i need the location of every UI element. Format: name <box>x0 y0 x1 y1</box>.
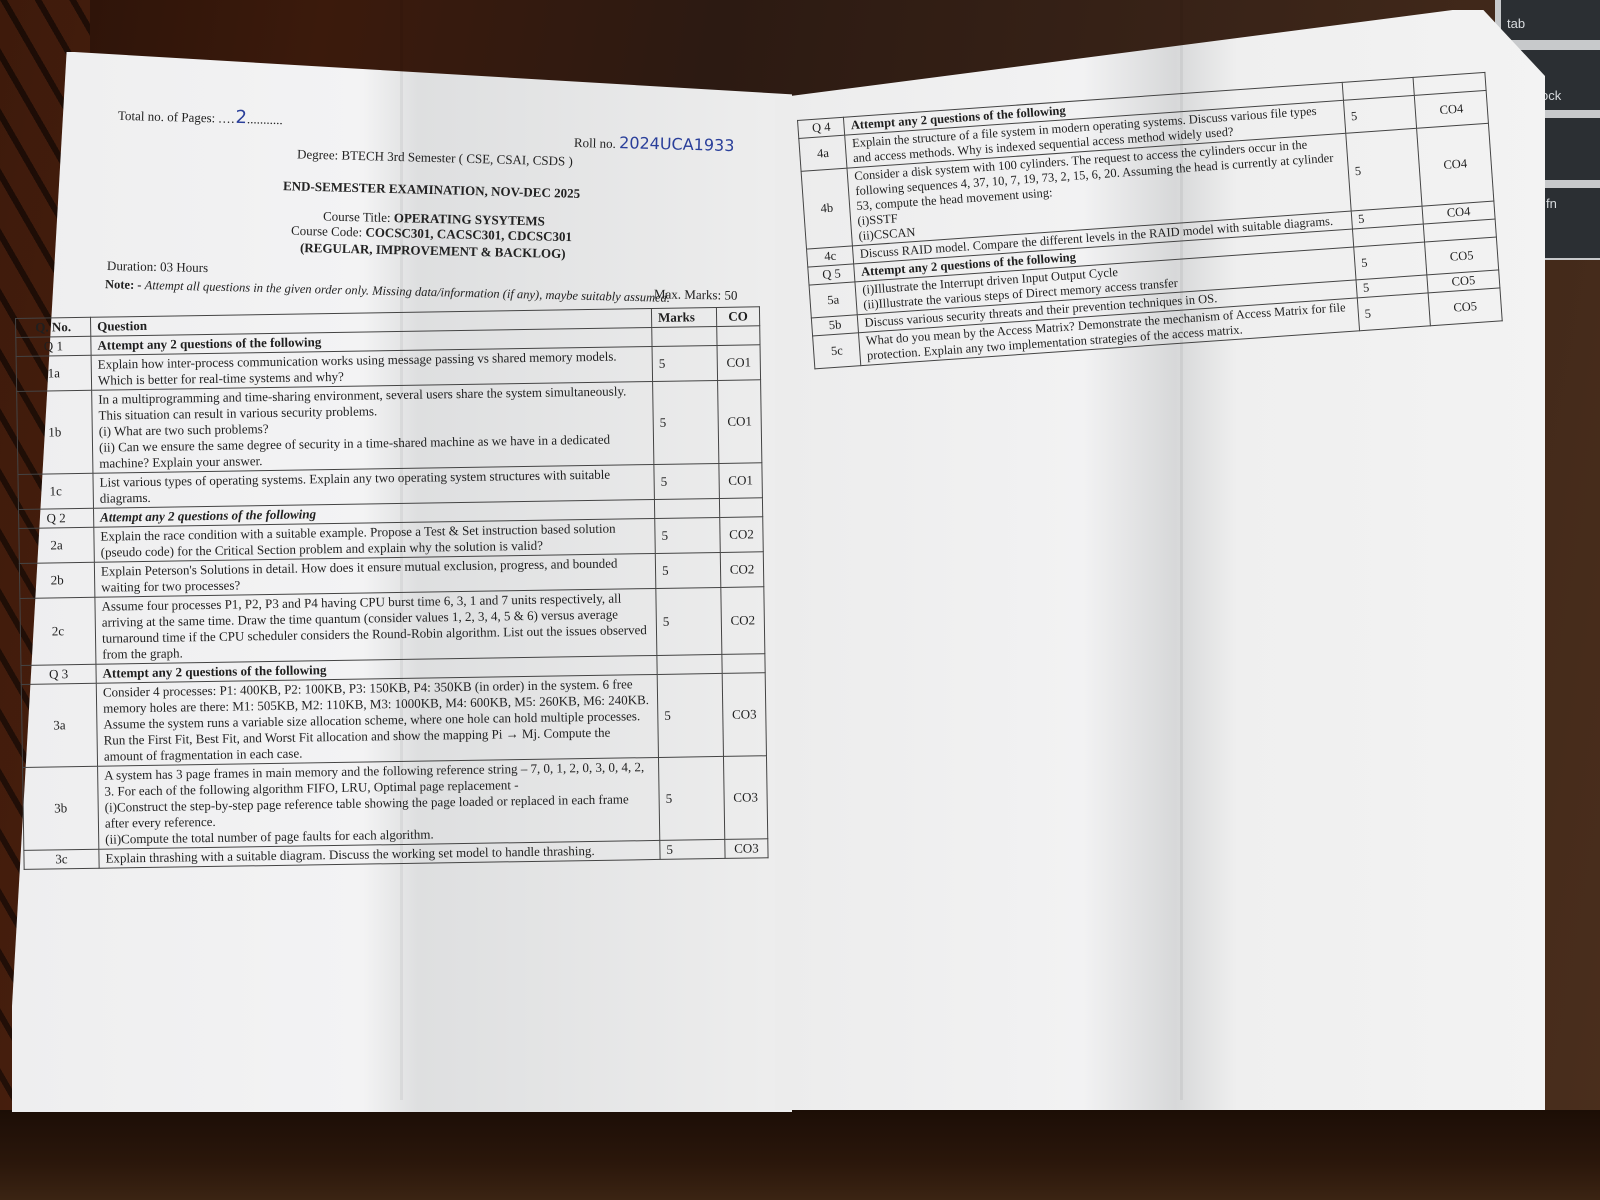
cell-co: CO5 <box>1425 237 1499 275</box>
cell-qno: Q 2 <box>19 508 94 528</box>
roll-number-label: Roll no. <box>574 135 616 151</box>
cell-qno: 1a <box>16 355 92 391</box>
cell-qno: 5a <box>809 282 858 318</box>
cell-question: In a multiprogramming and time-sharing e… <box>92 381 654 473</box>
key-tab: tab <box>1501 0 1600 40</box>
cell-qno: Q 1 <box>16 336 91 356</box>
cell-qno: 3a <box>21 683 97 767</box>
cell-co <box>717 326 760 346</box>
cell-co: CO1 <box>717 345 761 381</box>
cell-co: CO2 <box>720 517 764 553</box>
cell-qno: 2c <box>20 597 96 665</box>
col-marks: Marks <box>651 307 716 327</box>
col-qno: Q. No. <box>16 317 91 337</box>
question-table-page-1: Q. No. Question Marks CO Q 1Attempt any … <box>15 306 769 870</box>
cell-co: CO2 <box>721 587 765 655</box>
cell-co: CO1 <box>718 380 762 464</box>
cell-co: CO3 <box>725 839 768 859</box>
cell-marks: 5 <box>654 463 720 499</box>
question-row: 3aConsider 4 processes: P1: 400KB, P2: 1… <box>21 673 766 768</box>
cell-marks: 5 <box>653 380 719 464</box>
cell-marks <box>657 654 722 674</box>
cell-marks: 5 <box>656 587 722 655</box>
cell-qno: Q 3 <box>21 664 96 684</box>
cell-marks: 5 <box>1346 128 1423 211</box>
cell-qno: 1c <box>18 473 94 509</box>
cell-question: Assume four processes P1, P2, P3 and P4 … <box>95 588 657 664</box>
cell-co: CO3 <box>722 673 766 757</box>
course-code-label: Course Code: <box>291 223 362 240</box>
note-label: Note: - <box>105 277 142 292</box>
wooden-table-surface <box>0 1110 1600 1200</box>
cell-qno: 1b <box>17 390 93 474</box>
cell-marks: 5 <box>660 839 725 859</box>
cell-marks: 5 <box>655 517 721 553</box>
cell-marks: 5 <box>1357 293 1430 331</box>
cell-co: CO2 <box>720 552 764 588</box>
question-row: 1bIn a multiprogramming and time-sharing… <box>17 380 762 475</box>
key-label: fn <box>1546 196 1557 211</box>
cell-co: CO4 <box>1417 123 1494 206</box>
cell-marks: 5 <box>652 345 718 381</box>
cell-marks: 5 <box>658 756 724 840</box>
cell-marks: 5 <box>655 552 721 588</box>
duration: Duration: 03 Hours <box>107 258 208 276</box>
key-label: tab <box>1507 16 1525 31</box>
cell-marks: 5 <box>1354 242 1427 280</box>
cell-qno: 2a <box>19 527 95 563</box>
question-table-page-2: Q 4Attempt any 2 questions of the follow… <box>797 72 1503 370</box>
cell-question: A system has 3 page frames in main memor… <box>98 757 660 849</box>
cell-qno: 3b <box>23 766 99 850</box>
roll-number-value: 2024UCA1933 <box>619 133 735 155</box>
cell-question: Consider 4 processes: P1: 400KB, P2: 100… <box>96 674 658 766</box>
cell-co: CO4 <box>1414 90 1488 128</box>
cell-co <box>719 498 762 518</box>
cell-co: CO3 <box>723 756 767 840</box>
total-pages: Total no. of Pages: ....2........... <box>118 104 283 129</box>
cell-marks: 5 <box>1343 95 1416 133</box>
cell-qno: 4a <box>799 135 848 171</box>
course-title-label: Course Title: <box>323 208 391 225</box>
cell-co: CO5 <box>1428 288 1502 326</box>
question-row: 3bA system has 3 page frames in main mem… <box>23 756 768 851</box>
cell-marks: 5 <box>657 673 723 757</box>
total-pages-value: 2 <box>235 107 247 128</box>
cell-qno: 2b <box>19 562 95 598</box>
total-pages-label: Total no. of Pages: <box>118 108 216 126</box>
cell-marks <box>652 326 717 346</box>
cell-qno: 5c <box>813 333 862 369</box>
cell-qno: 4b <box>801 168 853 249</box>
cell-co <box>722 654 765 674</box>
question-row: 2cAssume four processes P1, P2, P3 and P… <box>20 587 765 666</box>
cell-marks <box>654 498 719 518</box>
cell-co: CO1 <box>719 463 763 499</box>
col-co: CO <box>716 307 759 327</box>
cell-qno: 3c <box>24 849 99 869</box>
